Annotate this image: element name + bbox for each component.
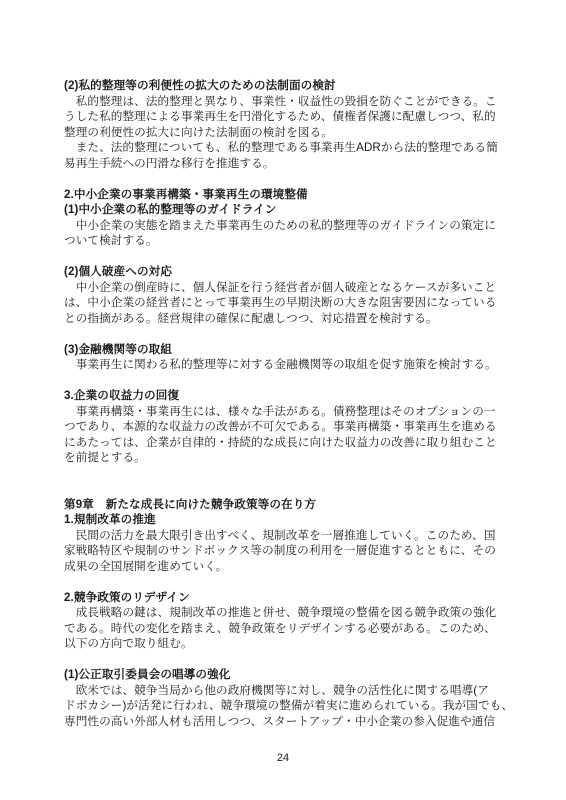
body-text-line: を前提とする。 bbox=[64, 450, 504, 466]
body-text-line: 家戦略特区や規制のサンドボックス等の制度の利用を一層促進するとともに、その bbox=[64, 543, 504, 559]
body-text-line: 中小企業の倒産時に、個人保証を行う経営者が個人破産となるケースが多いこと bbox=[64, 280, 504, 296]
body-text-line: 事業再生に関わる私的整理等に対する金融機関等の取組を促す施策を検討する。 bbox=[64, 357, 504, 373]
body-text-line: 成長戦略の鍵は、規制改革の推進と併せ、競争環境の整備を図る競争政策の強化 bbox=[64, 605, 504, 621]
section-heading-line: 1.規制改革の推進 bbox=[64, 512, 504, 528]
section-heading-line: 2.競争政策のリデザイン bbox=[64, 590, 504, 606]
document-body: (2)私的整理等の利便性の拡大のための法制面の検討 私的整理は、法的整理と異なり… bbox=[64, 78, 504, 729]
body-text-line: 民間の活力を最大限引き出すべく、規制改革を一層推進していく。このため、国 bbox=[64, 528, 504, 544]
blank-line bbox=[64, 326, 504, 342]
body-text-line: 事業再構築・事業再生には、様々な手法がある。債務整理はそのオプションの一 bbox=[64, 404, 504, 420]
section-heading-line: (2)個人破産への対応 bbox=[64, 264, 504, 280]
body-text-line: 以下の方向で取り組む。 bbox=[64, 636, 504, 652]
body-text-line: にあたっては、企業が自律的・持続的な成長に向けた収益力の改善に取り組むこと bbox=[64, 435, 504, 451]
blank-line bbox=[64, 249, 504, 265]
body-text-line: ドボカシー)が活発に行われ、競争環境の整備が着実に進められている。我が国でも、 bbox=[64, 698, 504, 714]
body-text-line: 欧米では、競争当局から他の政府機関等に対し、競争の活性化に関する唱導(ア bbox=[64, 683, 504, 699]
blank-line bbox=[64, 481, 504, 497]
body-text-line: うした私的整理による事業再生を円滑化するため、債権者保護に配慮しつつ、私的 bbox=[64, 109, 504, 125]
body-text-line: つであり、本源的な収益力の改善が不可欠である。事業再構築・事業再生を進める bbox=[64, 419, 504, 435]
body-text-line: また、法的整理についても、私的整理である事業再生ADRから法的整理である簡 bbox=[64, 140, 504, 156]
body-text-line: 整理の利便性の拡大に向けた法制面の検討を図る。 bbox=[64, 125, 504, 141]
body-text-line: ついて検討する。 bbox=[64, 233, 504, 249]
body-text-line: との指摘がある。経営規律の確保に配慮しつつ、対応措置を検討する。 bbox=[64, 311, 504, 327]
section-heading-line: 2.中小企業の事業再構築・事業再生の環境整備 bbox=[64, 187, 504, 203]
blank-line bbox=[64, 652, 504, 668]
section-heading-line: (1)公正取引委員会の唱導の強化 bbox=[64, 667, 504, 683]
body-text-line: 専門性の高い外部人材も活用しつつ、スタートアップ・中小企業の参入促進や通信 bbox=[64, 714, 504, 730]
section-heading-line: 3.企業の収益力の回復 bbox=[64, 388, 504, 404]
section-heading-line: (1)中小企業の私的整理等のガイドライン bbox=[64, 202, 504, 218]
page-number: 24 bbox=[0, 751, 566, 766]
blank-line bbox=[64, 466, 504, 482]
body-text-line: 易再生手続への円滑な移行を推進する。 bbox=[64, 156, 504, 172]
section-heading-line: 第9章 新たな成長に向けた競争政策等の在り方 bbox=[64, 497, 504, 513]
body-text-line: 中小企業の実態を踏まえた事業再生のための私的整理等のガイドラインの策定に bbox=[64, 218, 504, 234]
blank-line bbox=[64, 171, 504, 187]
body-text-line: は、中小企業の経営者にとって事業再生の早期決断の大きな阻害要因になっている bbox=[64, 295, 504, 311]
body-text-line: 成果の全国展開を進めていく。 bbox=[64, 559, 504, 575]
body-text-line: である。時代の変化を踏まえ、競争政策をリデザインする必要がある。このため、 bbox=[64, 621, 504, 637]
blank-line bbox=[64, 574, 504, 590]
body-text-line: 私的整理は、法的整理と異なり、事業性・収益性の毀損を防ぐことができる。こ bbox=[64, 94, 504, 110]
document-page: (2)私的整理等の利便性の拡大のための法制面の検討 私的整理は、法的整理と異なり… bbox=[0, 0, 566, 800]
section-heading-line: (2)私的整理等の利便性の拡大のための法制面の検討 bbox=[64, 78, 504, 94]
blank-line bbox=[64, 373, 504, 389]
section-heading-line: (3)金融機関等の取組 bbox=[64, 342, 504, 358]
